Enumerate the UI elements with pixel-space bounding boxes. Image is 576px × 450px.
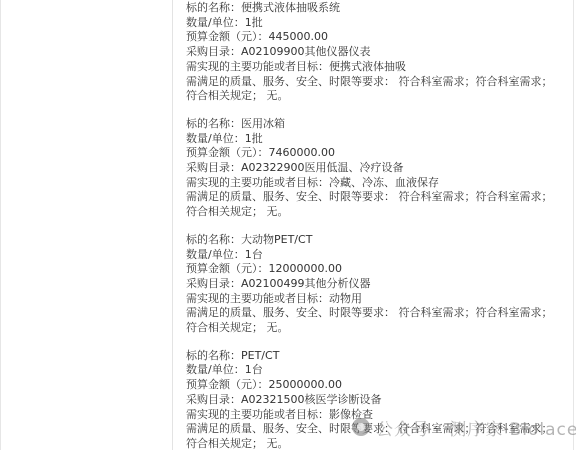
label-column: [2, 0, 173, 450]
item-budget-line: 预算金额（元）：445000.00: [186, 30, 561, 45]
item-name-line: 标的名称：医用冰箱: [186, 117, 561, 132]
item-quantity-line: 数量/单位：1台: [186, 248, 561, 263]
item-requirements-line: 需满足的质量、服务、安全、时限等要求： 符合科室需求；符合科室需求； 符合相关规…: [186, 190, 561, 219]
item-quantity: 1批: [245, 132, 263, 145]
item-name: 医用冰箱: [241, 117, 285, 130]
procurement-item: 标的名称：大动物PET/CT 数量/单位：1台 预算金额（元）：12000000…: [186, 233, 561, 336]
item-catalog-line: 采购目录：A02321500核医学诊断设备: [186, 393, 561, 408]
item-budget-line: 预算金额（元）：12000000.00: [186, 262, 561, 277]
item-requirements-line: 需满足的质量、服务、安全、时限等要求： 符合科室需求；符合科室需求； 符合相关规…: [186, 306, 561, 335]
item-name: PET/CT: [241, 349, 279, 362]
item-budget: 7460000.00: [269, 146, 335, 159]
item-name-line: 标的名称：便携式液体抽吸系统: [186, 1, 561, 16]
procurement-item: 标的名称：PET/CT 数量/单位：1台 预算金额（元）：25000000.00…: [186, 349, 561, 450]
item-catalog: A02322900医用低温、冷疗设备: [241, 161, 404, 174]
procurement-item: 标的名称：便携式液体抽吸系统 数量/单位：1批 预算金额（元）：445000.0…: [186, 1, 561, 104]
procurement-items-cell: 标的名称：便携式液体抽吸系统 数量/单位：1批 预算金额（元）：445000.0…: [173, 0, 573, 450]
item-name: 大动物PET/CT: [241, 233, 312, 246]
item-quantity: 1台: [245, 363, 263, 376]
item-budget-line: 预算金额（元）：7460000.00: [186, 146, 561, 161]
item-quantity-line: 数量/单位：1台: [186, 363, 561, 378]
item-budget: 12000000.00: [269, 262, 342, 275]
item-catalog-line: 采购目录：A02100499其他分析仪器: [186, 277, 561, 292]
item-catalog-line: 采购目录：A02322900医用低温、冷疗设备: [186, 161, 561, 176]
item-catalog: A02321500核医学诊断设备: [241, 393, 382, 406]
item-function-line: 需实现的主要功能或者目标：便携式液体抽吸: [186, 60, 561, 75]
item-name-line: 标的名称：PET/CT: [186, 349, 561, 364]
item-name-line: 标的名称：大动物PET/CT: [186, 233, 561, 248]
item-function: 动物用: [329, 292, 362, 305]
item-quantity-line: 数量/单位：1批: [186, 16, 561, 31]
item-function-line: 需实现的主要功能或者目标：冷藏、冷冻、血液保存: [186, 176, 561, 191]
item-budget-line: 预算金额（元）：25000000.00: [186, 378, 561, 393]
item-catalog: A02109900其他仪器仪表: [241, 45, 371, 58]
item-requirements-line: 需满足的质量、服务、安全、时限等要求： 符合科室需求；符合科室需求； 符合相关规…: [186, 75, 561, 104]
item-quantity: 1台: [245, 248, 263, 261]
item-function-line: 需实现的主要功能或者目标：影像检查: [186, 408, 561, 423]
item-catalog: A02100499其他分析仪器: [241, 277, 371, 290]
item-function: 影像检查: [329, 408, 373, 421]
item-budget: 25000000.00: [269, 378, 342, 391]
item-quantity: 1批: [245, 16, 263, 29]
item-quantity-line: 数量/单位：1批: [186, 132, 561, 147]
procurement-item: 标的名称：医用冰箱 数量/单位：1批 预算金额（元）：7460000.00 采购…: [186, 117, 561, 220]
item-name: 便携式液体抽吸系统: [241, 1, 340, 14]
item-function: 便携式液体抽吸: [329, 60, 406, 73]
procurement-detail-table: 标的名称：便携式液体抽吸系统 数量/单位：1批 预算金额（元）：445000.0…: [0, 0, 574, 450]
item-catalog-line: 采购目录：A02109900其他仪器仪表: [186, 45, 561, 60]
item-function: 冷藏、冷冻、血液保存: [329, 176, 439, 189]
item-function-line: 需实现的主要功能或者目标：动物用: [186, 292, 561, 307]
item-budget: 445000.00: [269, 30, 329, 43]
item-requirements-line: 需满足的质量、服务、安全、时限等要求： 符合科室需求；符合科室需求； 符合相关规…: [186, 422, 561, 450]
